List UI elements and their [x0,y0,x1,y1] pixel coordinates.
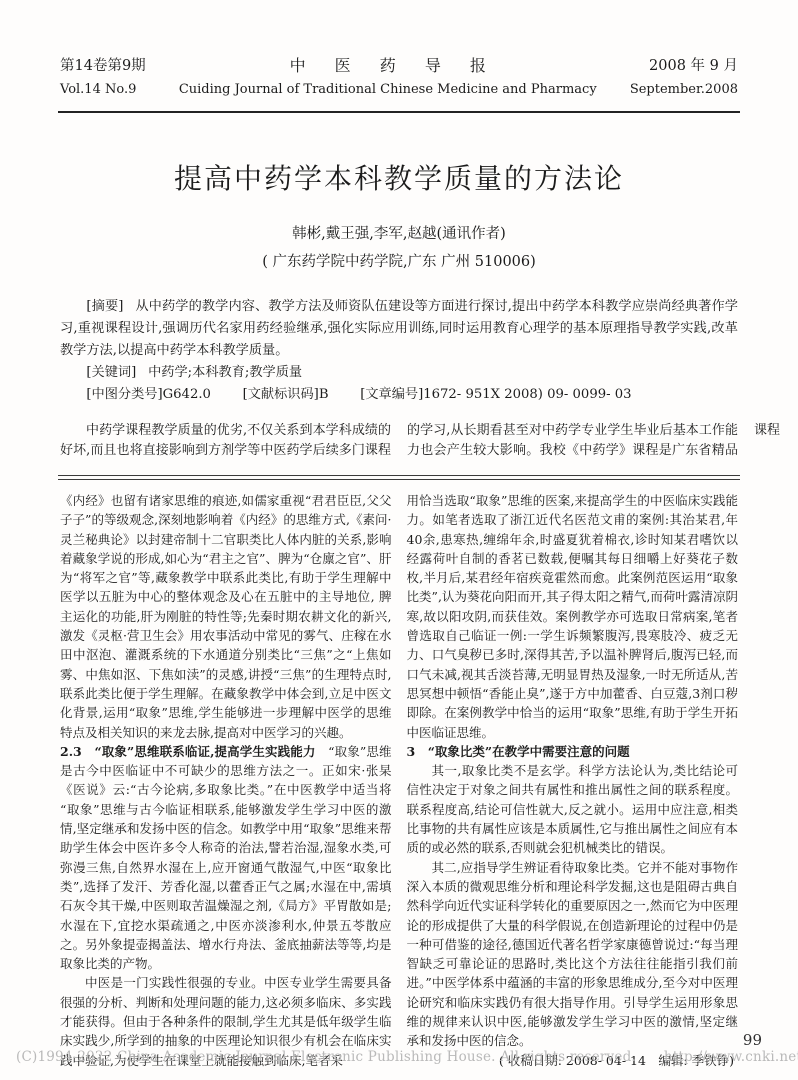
document-code: [文献标识码]B [243,387,329,402]
keywords-label: [关键词] [86,365,136,380]
body-paragraph: 用恰当选取“取象”思维的医案,来提高学生的中医临床实践能力。如笔者选取了浙江近代… [407,491,739,742]
header-issue-date: 2008 年 9 月 September.2008 [630,54,738,102]
volume-issue-cn: 第14卷第9期 [60,54,146,78]
abstract-label: [摘要] [86,299,123,314]
abstract: [摘要]从中药学的教学内容、教学方法及师资队伍建设等方面进行探讨,提出中药学本科… [60,296,738,362]
body-paragraph: 《内经》也留有诸家思维的痕迹,如儒家重视“君君臣臣,父父子子”的等级观念,深刻地… [60,491,392,742]
article-affiliation: ( 广东药学院中药学院,广东 广州 510006) [0,250,798,271]
journal-header: 第14卷第9期 Vol.14 No.9 中 医 药 导 报 Cuiding Jo… [0,0,798,102]
section-divider [58,475,740,480]
body-paragraph: 其一,取象比类不是玄学。科学方法论认为,类比结论可信性决定于对象之间共有属性和推… [407,761,739,857]
copyright-notice: (C)1994-2022 China Academic Journal Elec… [16,1049,636,1065]
journal-name-en: Cuiding Journal of Traditional Chinese M… [146,78,630,102]
issue-date-cn: 2008 年 9 月 [630,54,738,78]
cnki-url: http://www.cnki.net [664,1049,798,1065]
article: 提高中药学本科教学质量的方法论 韩彬,戴王强,李军,赵越(通讯作者) ( 广东药… [0,157,798,1070]
keywords-text: 中药学;本科教育;教学质量 [148,365,302,380]
body-right-column: 用恰当选取“取象”思维的医案,来提高学生的中医临床实践能力。如笔者选取了浙江近代… [407,491,739,1070]
volume-issue-en: Vol.14 No.9 [60,78,146,102]
section-heading: 3 “取象比类”在教学中需要注意的问题 [407,742,739,761]
body-paragraph: 2.3 “取象”思维联系临证,提高学生实践能力 “取象”思维是古今中医临证中不可… [60,742,392,974]
cnki-footer: (C)1994-2022 China Academic Journal Elec… [16,1049,798,1065]
abstract-text: 从中药学的教学内容、教学方法及师资队伍建设等方面进行探讨,提出中药学本科教学应崇… [60,299,738,358]
keywords: [关键词]中药学;本科教育;教学质量 [60,362,738,384]
intro-paragraph: 中药学课程教学质量的优劣,不仅关系到本学科成绩的好坏,而且也将直接影响到方剂学等… [60,421,738,462]
article-id: [文章编号]1672- 951X 2008) 09- 0099- 03 [360,387,631,402]
classification-line: [中图分类号]G642.0[文献标识码]B[文章编号]1672- 951X 20… [60,384,738,406]
article-authors: 韩彬,戴王强,李军,赵越(通讯作者) [0,222,798,243]
header-journal-name: 中 医 药 导 报 Cuiding Journal of Traditional… [146,54,630,102]
journal-name-cn: 中 医 药 导 报 [146,54,630,78]
article-title: 提高中药学本科教学质量的方法论 [40,157,758,197]
issue-date-en: September.2008 [630,78,738,102]
page-number: 99 [743,1031,762,1049]
body-paragraph: 其二,应指导学生辨证看待取象比类。它并不能对事物作深入本质的微观思维分析和理论科… [407,858,739,1051]
header-divider [58,111,740,113]
body-left-column: 《内经》也留有诸家思维的痕迹,如儒家重视“君君臣臣,父父子子”的等级观念,深刻地… [60,491,392,1070]
body-columns: 《内经》也留有诸家思维的痕迹,如儒家重视“君君臣臣,父父子子”的等级观念,深刻地… [60,491,738,1070]
article-meta: [摘要]从中药学的教学内容、教学方法及师资队伍建设等方面进行探讨,提出中药学本科… [60,296,738,406]
header-volume-issue: 第14卷第9期 Vol.14 No.9 [60,54,146,102]
clc-number: [中图分类号]G642.0 [86,387,211,402]
journal-scan-page: 第14卷第9期 Vol.14 No.9 中 医 药 导 报 Cuiding Jo… [0,0,798,1080]
